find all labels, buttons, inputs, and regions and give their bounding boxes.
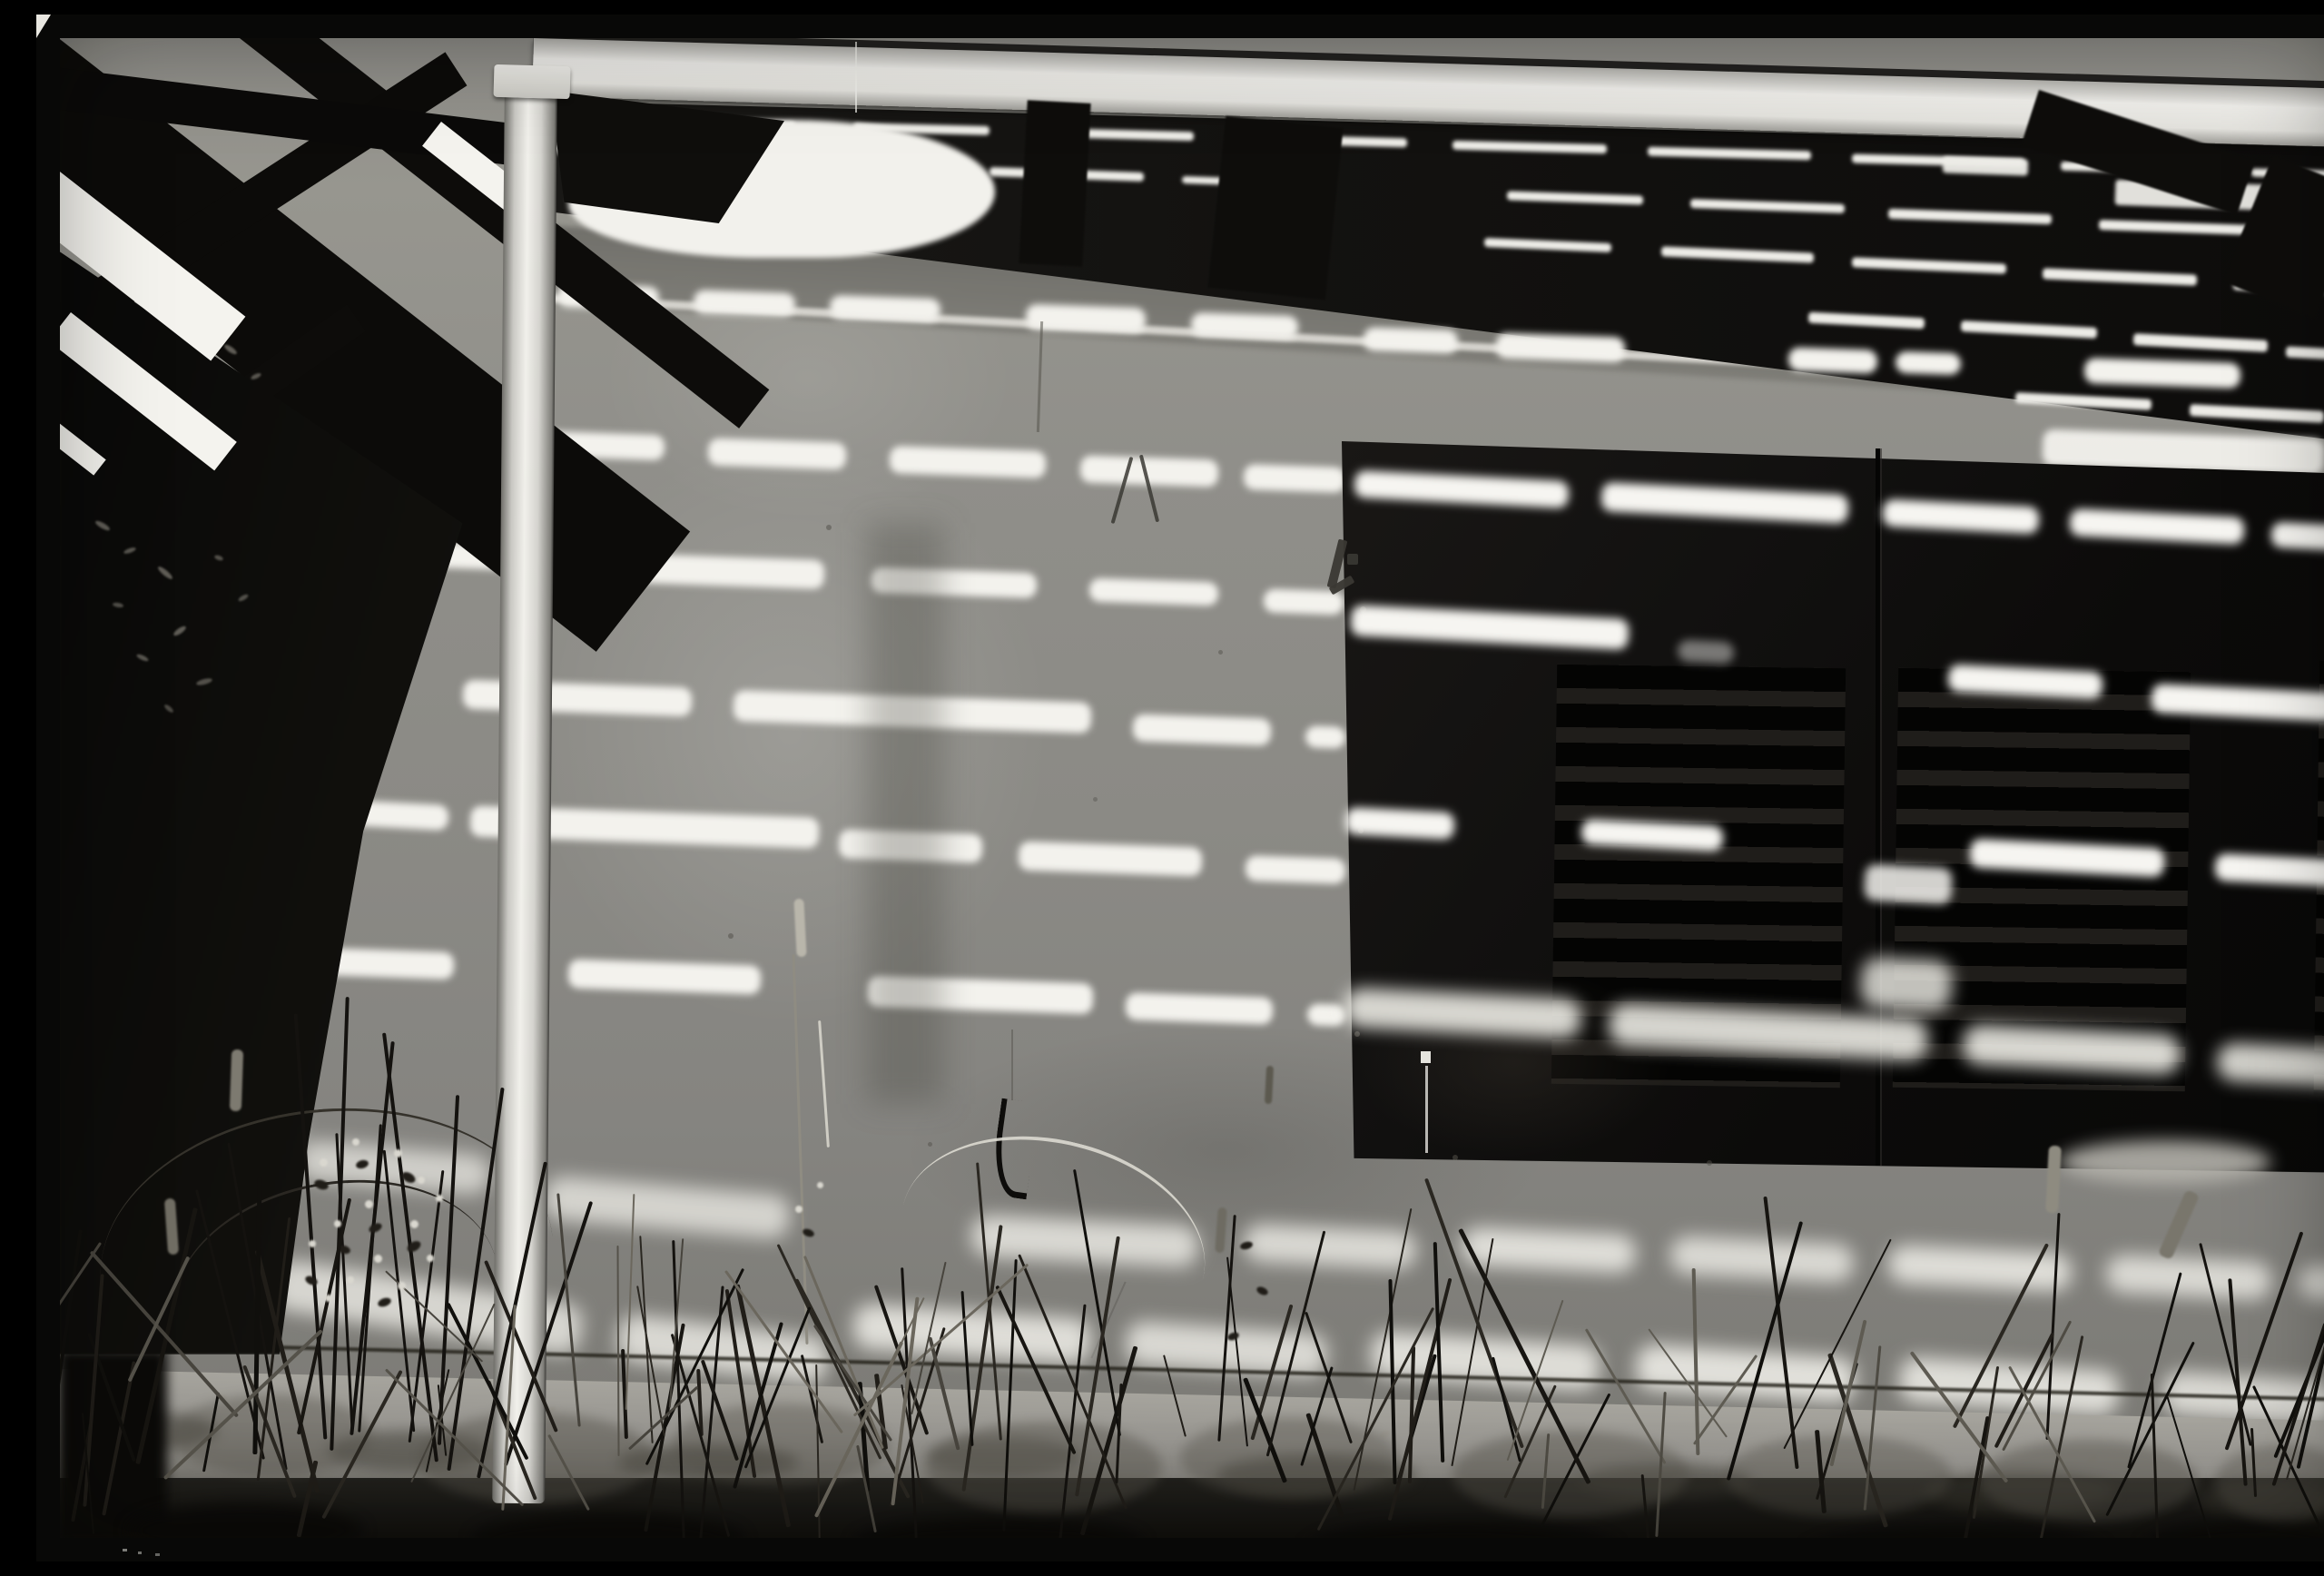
light-streak-wall xyxy=(1244,464,1346,493)
flower-speck xyxy=(365,1200,373,1208)
light-streak-shutter xyxy=(2270,522,2324,552)
light-streak-wall xyxy=(1896,351,1962,375)
light-streak-wall xyxy=(1126,992,1274,1025)
light-streak-wall xyxy=(1089,578,1219,606)
light-streak-shutter-soft xyxy=(1860,956,1954,1011)
light-streak-wall xyxy=(1246,855,1346,884)
shutter-bolt xyxy=(1452,1155,1458,1160)
shutter-pin xyxy=(1425,1066,1428,1153)
frame-dust xyxy=(123,1549,127,1551)
roof-post xyxy=(1207,116,1343,300)
wall-dot xyxy=(728,933,734,939)
frame-dust xyxy=(138,1551,142,1554)
flower-speck xyxy=(320,1158,328,1167)
flower-speck xyxy=(374,1255,382,1263)
light-streak-shutter-soft xyxy=(2216,1042,2324,1088)
light-streak-wall xyxy=(830,295,941,322)
light-streak-wall xyxy=(1788,347,1878,373)
photo-border xyxy=(36,15,2324,38)
light-streak-wall xyxy=(1305,725,1346,749)
wall-dot xyxy=(928,1142,932,1147)
flower-speck xyxy=(347,1276,354,1284)
photo-border xyxy=(36,1538,2324,1561)
flower-speck xyxy=(325,1295,332,1302)
photo-border xyxy=(36,15,60,1561)
light-streak-shutter xyxy=(1344,807,1454,840)
light-streak-wall xyxy=(1307,1003,1346,1026)
wall-dot xyxy=(826,525,832,530)
flower-speck xyxy=(817,1182,823,1188)
light-streak-wall xyxy=(1364,327,1459,354)
light-streak-wall xyxy=(1496,333,1626,363)
shutter-hinge xyxy=(1347,554,1358,565)
light-streak-wall xyxy=(1133,714,1272,745)
light-streak-wall xyxy=(1026,304,1147,334)
film-scratch-dark xyxy=(1011,1029,1013,1100)
light-streak-wall xyxy=(890,446,1047,478)
shutter-bolt xyxy=(1354,1031,1360,1037)
light-streak-shutter xyxy=(1864,864,1953,905)
light-streak-shutter xyxy=(1677,639,1734,664)
film-scratch-light xyxy=(855,42,857,113)
flower-speck xyxy=(352,1138,359,1146)
flower-speck xyxy=(394,1149,402,1157)
wall-dot xyxy=(1218,650,1223,655)
flower-speck xyxy=(398,1282,406,1290)
wall-dot xyxy=(1093,797,1098,802)
light-streak-wall xyxy=(694,290,796,317)
frame-dust xyxy=(155,1553,160,1556)
flower-speck xyxy=(418,1177,425,1184)
light-streak-wall xyxy=(2084,358,2241,389)
roof-slit xyxy=(1943,156,2029,175)
flower-speck xyxy=(795,1206,803,1213)
flower-speck xyxy=(334,1220,341,1227)
flower-speck xyxy=(436,1195,443,1202)
light-streak-wall xyxy=(1191,312,1299,340)
shutter-bolt xyxy=(1707,1160,1712,1166)
pipe-clamp xyxy=(494,64,571,99)
light-wedge-below-shutter xyxy=(2059,1140,2271,1184)
photo-stage xyxy=(36,15,2324,1561)
flower-speck xyxy=(309,1240,316,1247)
photograph xyxy=(36,15,2324,1561)
roof-post xyxy=(1019,100,1090,266)
shutter-pin xyxy=(1421,1051,1431,1063)
light-streak-wall xyxy=(708,438,847,469)
seed-head xyxy=(230,1049,243,1111)
pipe-shadow xyxy=(867,523,944,1104)
flower-speck xyxy=(427,1255,434,1262)
grass-tangle xyxy=(926,1422,1162,1512)
flower-speck xyxy=(410,1220,419,1228)
grass-tangle xyxy=(1725,1435,1952,1517)
